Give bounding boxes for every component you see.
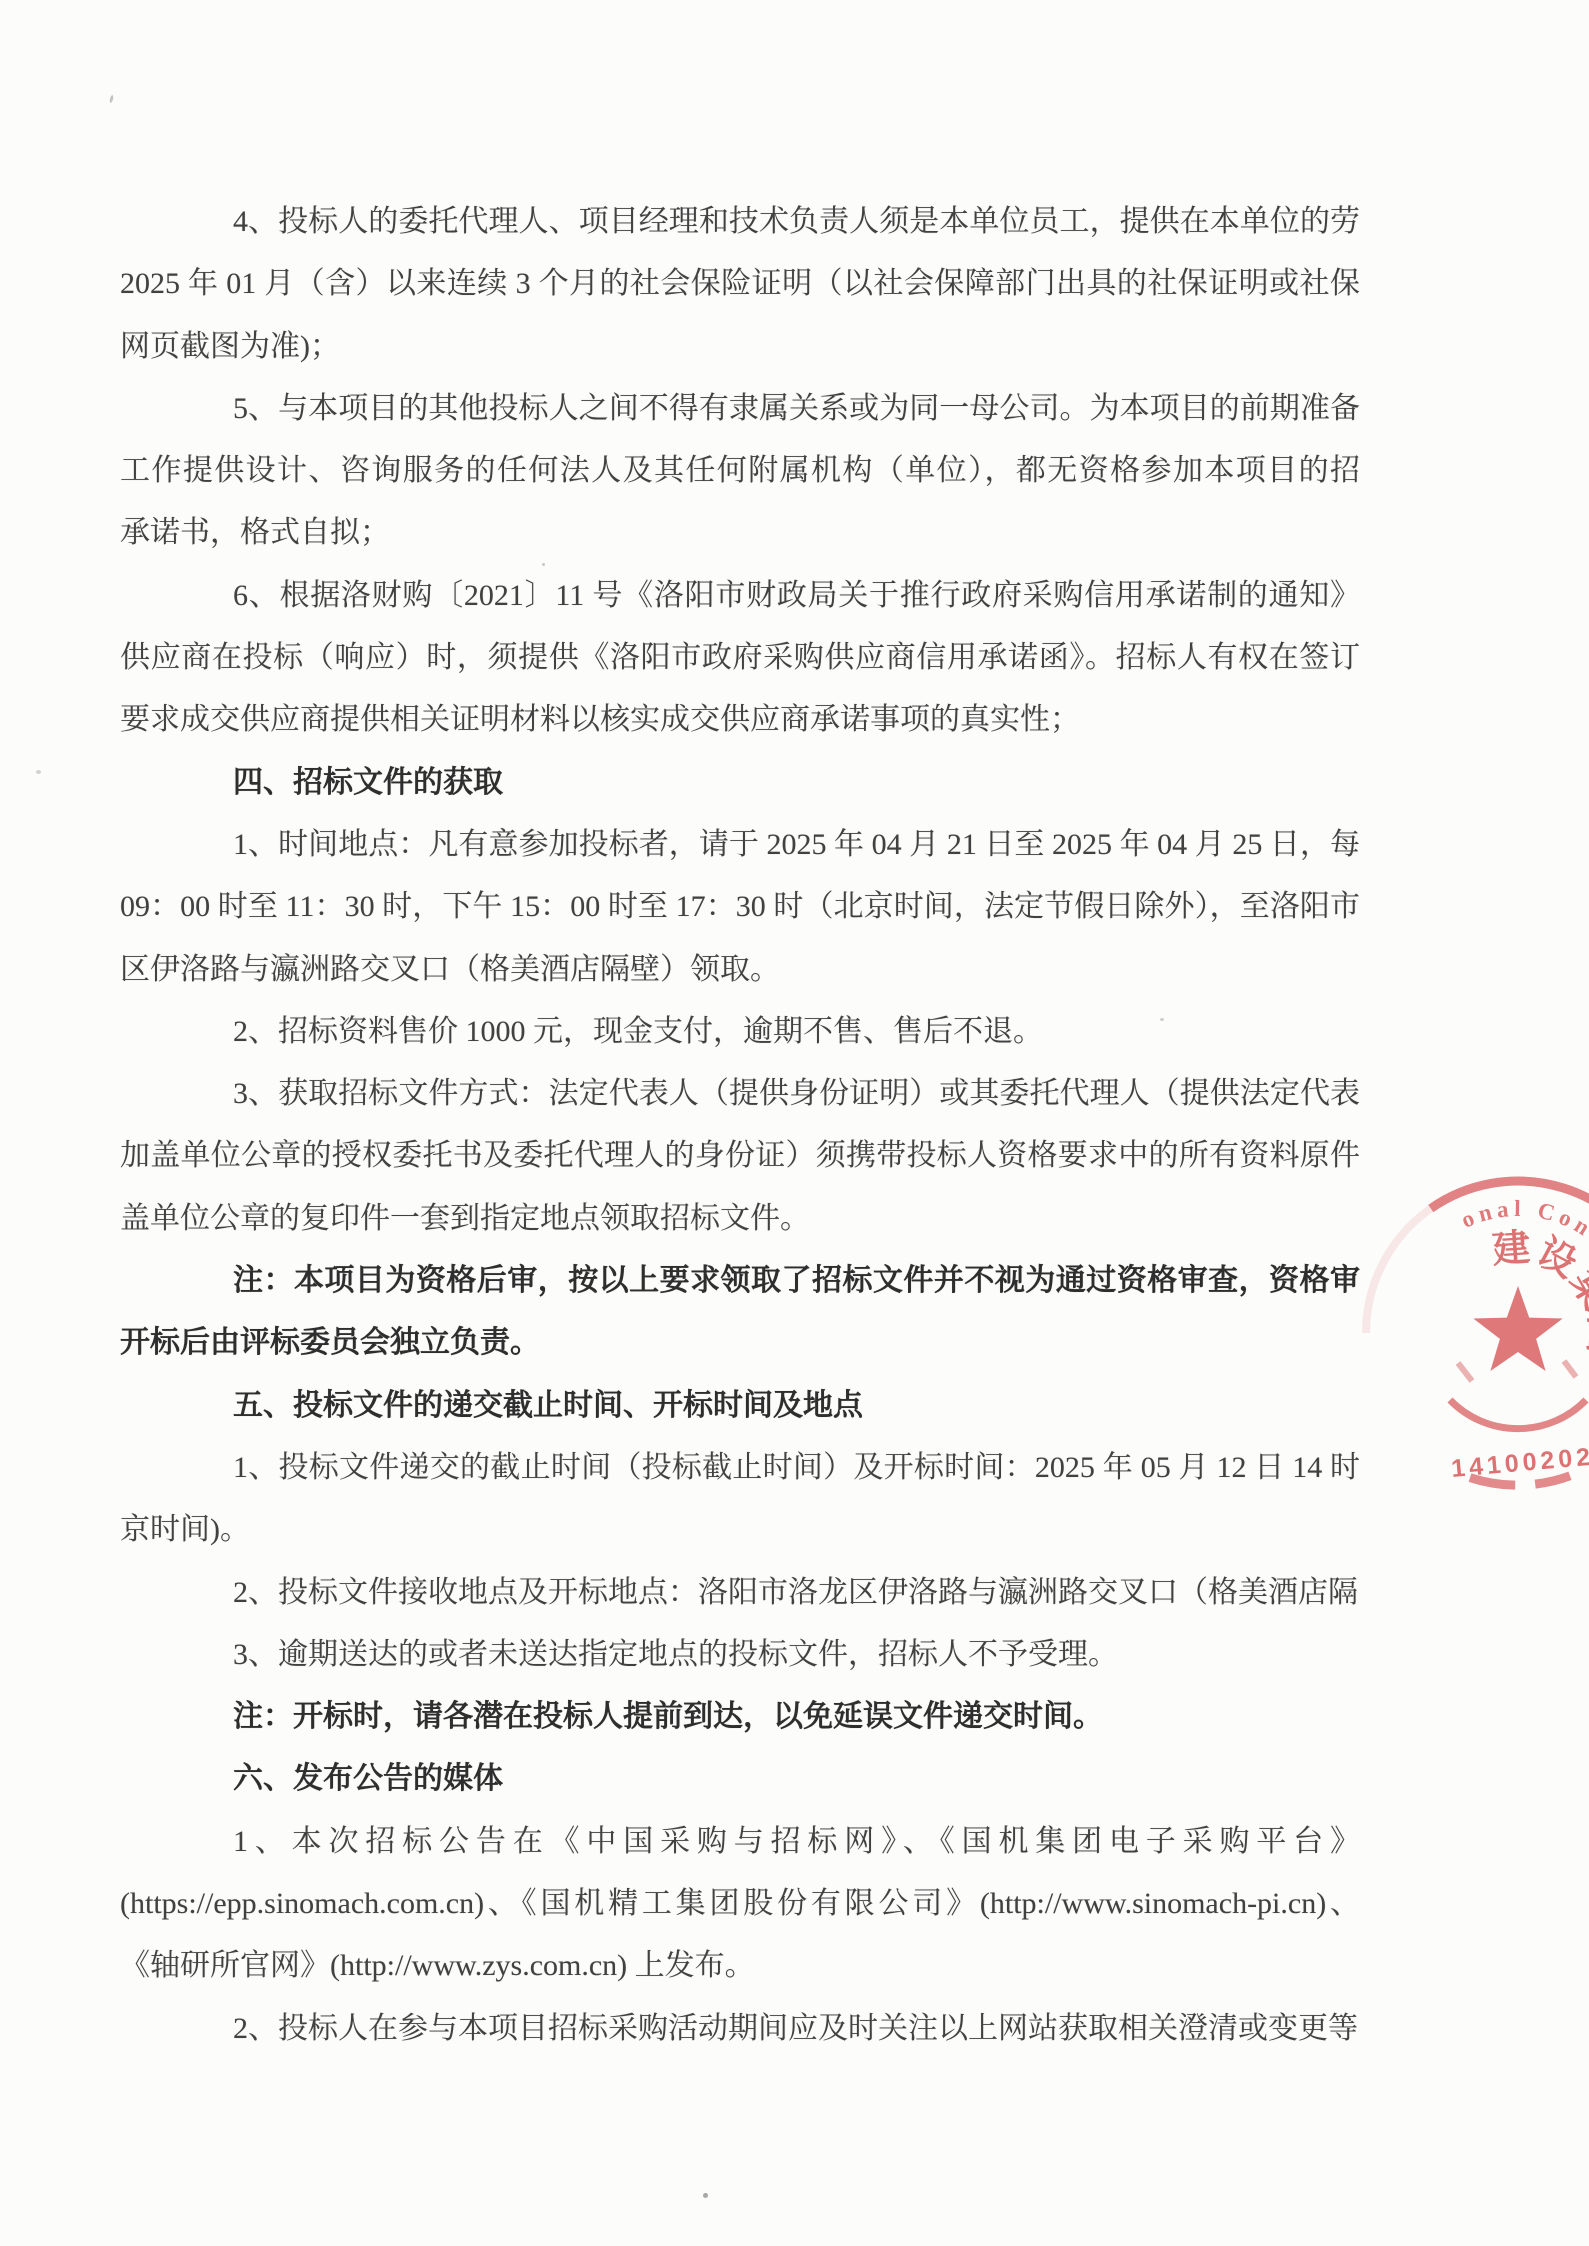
doc-line: 1、投标文件递交的截止时间（投标截止时间）及开标时间：2025 年 05 月 1…: [120, 1437, 1360, 1499]
doc-line: 要求成交供应商提供相关证明材料以核实成交供应商承诺事项的真实性；: [120, 689, 1360, 751]
doc-line: 1、本次招标公告在《中国采购与招标网》、《国机集团电子采购平台》: [120, 1811, 1360, 1873]
doc-line: 盖单位公章的复印件一套到指定地点领取招标文件。: [120, 1188, 1360, 1250]
doc-line: 《轴研所官网》(http://www.zys.com.cn) 上发布。: [120, 1935, 1360, 1997]
doc-line: 区伊洛路与瀛洲路交叉口（格美酒店隔壁）领取。: [120, 939, 1360, 1001]
doc-line: 承诺书，格式自拟；: [120, 502, 1360, 564]
scan-speck: [36, 770, 41, 774]
doc-line: 4、投标人的委托代理人、项目经理和技术负责人须是本单位员工，提供在本单位的劳动合…: [120, 191, 1360, 253]
seal-ink-fragment: [1458, 1363, 1472, 1381]
doc-line: 京时间)。: [120, 1499, 1360, 1561]
note-line: 开标后由评标委员会独立负责。: [120, 1312, 1360, 1374]
doc-line: 1、时间地点：凡有意参加投标者，请于 2025 年 04 月 21 日至 202…: [120, 814, 1360, 876]
doc-line: 工作提供设计、咨询服务的任何法人及其任何附属机构（单位），都无资格参加本项目的招…: [120, 440, 1360, 502]
section-heading: 四、招标文件的获取: [120, 752, 1360, 814]
doc-line: 2、招标资料售价 1000 元，现金支付，逾期不售、售后不退。: [120, 1001, 1360, 1063]
scan-speck: [542, 563, 545, 566]
doc-line: 3、获取招标文件方式：法定代表人（提供身份证明）或其委托代理人（提供法定代表人签…: [120, 1063, 1360, 1125]
doc-line: (https://epp.sinomach.com.cn)、《国机精工集团股份有…: [120, 1873, 1360, 1935]
doc-line: 3、逾期送达的或者未送达指定地点的投标文件，招标人不予受理。: [120, 1624, 1360, 1686]
red-seal: onal Con 建设集团 14100202: [1340, 1155, 1589, 1527]
scan-speck: [109, 95, 114, 103]
doc-line: 2、投标人在参与本项目招标采购活动期间应及时关注以上网站获取相关澄清或变更等信息…: [120, 1998, 1360, 2060]
doc-line: 5、与本项目的其他投标人之间不得有隶属关系或为同一母公司。为本项目的前期准备或者…: [120, 378, 1360, 440]
seal-ring-left: [1366, 1209, 1431, 1334]
section-heading: 六、发布公告的媒体: [120, 1748, 1360, 1810]
doc-line: 供应商在投标（响应）时，须提供《洛阳市政府采购供应商信用承诺函》。招标人有权在签…: [120, 627, 1360, 689]
section-heading: 五、投标文件的递交截止时间、开标时间及地点: [120, 1375, 1360, 1437]
scanned-document-page: 4、投标人的委托代理人、项目经理和技术负责人须是本单位员工，提供在本单位的劳动合…: [0, 0, 1589, 2246]
seal-ink-fragment: [1564, 1361, 1576, 1377]
doc-line: 网页截图为准)；: [120, 316, 1360, 378]
doc-line: 加盖单位公章的授权委托书及委托代理人的身份证）须携带投标人资格要求中的所有资料原…: [120, 1125, 1360, 1187]
doc-line: 09：00 时至 11：30 时，下午 15：00 时至 17：30 时（北京时…: [120, 876, 1360, 938]
scan-speck: [703, 2193, 708, 2198]
document-body: 4、投标人的委托代理人、项目经理和技术负责人须是本单位员工，提供在本单位的劳动合…: [120, 191, 1360, 2060]
seal-inner-arc: [1450, 1400, 1586, 1429]
seal-star-icon: [1473, 1286, 1562, 1371]
doc-line: 2、投标文件接收地点及开标地点：洛阳市洛龙区伊洛路与瀛洲路交叉口（格美酒店隔壁）…: [120, 1562, 1360, 1624]
doc-line: 2025 年 01 月（含）以来连续 3 个月的社会保险证明（以社会保障部门出具…: [120, 253, 1360, 315]
scan-speck: [1160, 1018, 1164, 1021]
note-line: 注：开标时，请各潜在投标人提前到达，以免延误文件递交时间。: [120, 1686, 1360, 1748]
doc-line: 6、根据洛财购〔2021〕11 号《洛阳市财政局关于推行政府采购信用承诺制的通知…: [120, 565, 1360, 627]
note-line: 注：本项目为资格后审，按以上要求领取了招标文件并不视为通过资格审查，资格审查工作…: [120, 1250, 1360, 1312]
